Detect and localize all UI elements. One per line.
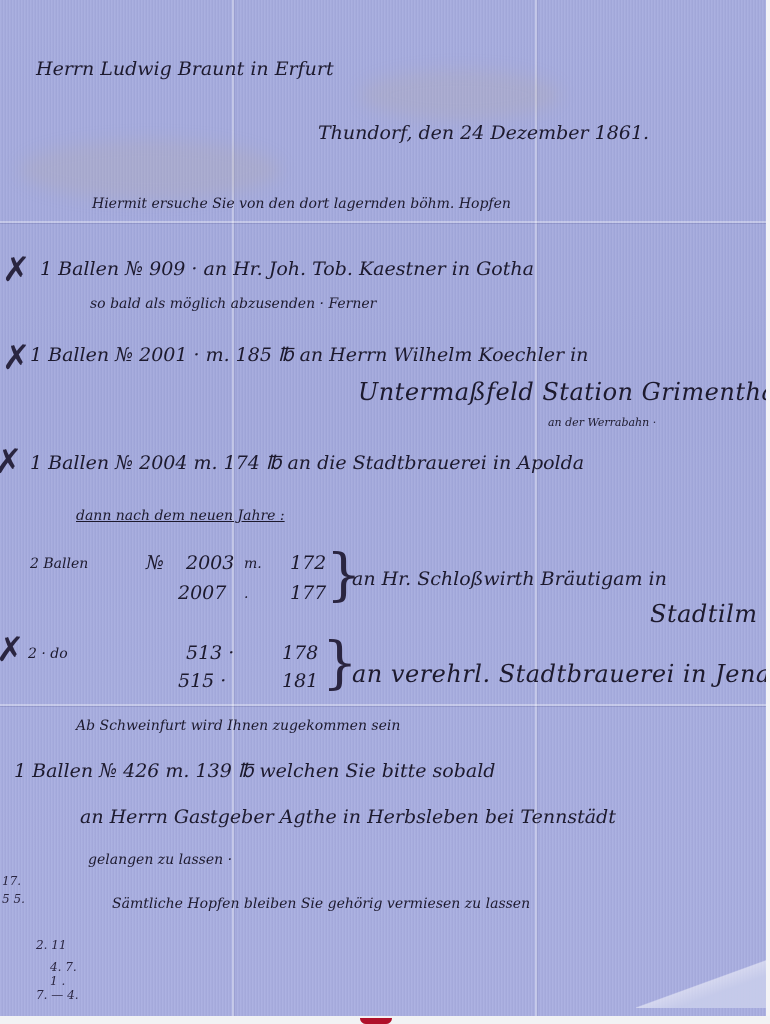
letter-line: Sämtliche Hopfen bleiben Sie gehörig ver… xyxy=(112,896,530,912)
table-no: 515 · xyxy=(178,670,226,692)
table-m: m. xyxy=(244,556,262,572)
margin-note: 17. xyxy=(2,874,21,888)
paper-corner xyxy=(636,948,766,1008)
letter-line: an der Werrabahn · xyxy=(548,416,656,429)
table-weight: 178 xyxy=(282,642,318,664)
table-no: 2007 xyxy=(178,582,226,604)
letter-line: 1 Ballen № 909 · an Hr. Joh. Tob. Kaestn… xyxy=(40,258,534,280)
margin-note: 1 . xyxy=(50,974,65,988)
margin-note: 5 5. xyxy=(2,892,25,906)
fold-line xyxy=(535,0,537,1016)
table-weight: 177 xyxy=(290,582,326,604)
letter-line: so bald als möglich abzusenden · Ferner xyxy=(90,296,376,312)
check-mark-icon: ✗ xyxy=(0,630,25,670)
letter-line: Hiermit ersuche Sie von den dort lagernd… xyxy=(92,196,511,212)
letter-line: 1 Ballen № 2001 · m. 185 ℔ an Herrn Wilh… xyxy=(30,344,588,366)
wax-seal-fragment xyxy=(360,1018,392,1024)
letter-line: 1 Ballen № 426 m. 139 ℔ welchen Sie bitt… xyxy=(14,760,495,782)
fold-line xyxy=(0,704,766,706)
table-qty: 2 Ballen xyxy=(30,556,88,572)
letter-line: an Herrn Gastgeber Agthe in Herbsleben b… xyxy=(80,806,616,828)
margin-note: 2. 11 xyxy=(36,938,67,952)
table-qty: 2 · do xyxy=(28,646,68,662)
place-date: Thundorf, den 24 Dezember 1861. xyxy=(318,122,649,144)
fold-line xyxy=(0,221,766,223)
check-mark-icon: ✗ xyxy=(2,250,31,290)
table-weight: 181 xyxy=(282,670,318,692)
table-m: . xyxy=(244,586,248,602)
table-no: 2003 xyxy=(186,552,234,574)
letter-line: Ab Schweinfurt wird Ihnen zugekommen sei… xyxy=(76,718,400,734)
letter-line: Untermaßfeld Station Grimenthal xyxy=(358,378,766,406)
paper-stain xyxy=(360,70,560,120)
letter-line: dann nach dem neuen Jahre : xyxy=(76,508,285,524)
check-mark-icon: ✗ xyxy=(0,442,23,482)
margin-note: 7. — 4. xyxy=(36,988,79,1002)
table-recipient: an Hr. Schloßwirth Bräutigam in xyxy=(352,568,667,590)
table-recipient-place: Stadtilm xyxy=(650,600,758,628)
table-no-prefix: № xyxy=(146,552,164,574)
letter-page: Herrn Ludwig Braunt in Erfurt Thundorf, … xyxy=(0,0,766,1016)
addressee: Herrn Ludwig Braunt in Erfurt xyxy=(36,58,334,80)
check-mark-icon: ✗ xyxy=(2,338,31,378)
table-no: 513 · xyxy=(186,642,234,664)
letter-line: gelangen zu lassen · xyxy=(88,852,232,868)
margin-note: 4. 7. xyxy=(50,960,77,974)
letter-line: 1 Ballen № 2004 m. 174 ℔ an die Stadtbra… xyxy=(30,452,584,474)
table-weight: 172 xyxy=(290,552,326,574)
paper-stain xyxy=(20,140,280,200)
table-recipient: an verehrl. Stadtbrauerei in Jena xyxy=(352,660,766,688)
